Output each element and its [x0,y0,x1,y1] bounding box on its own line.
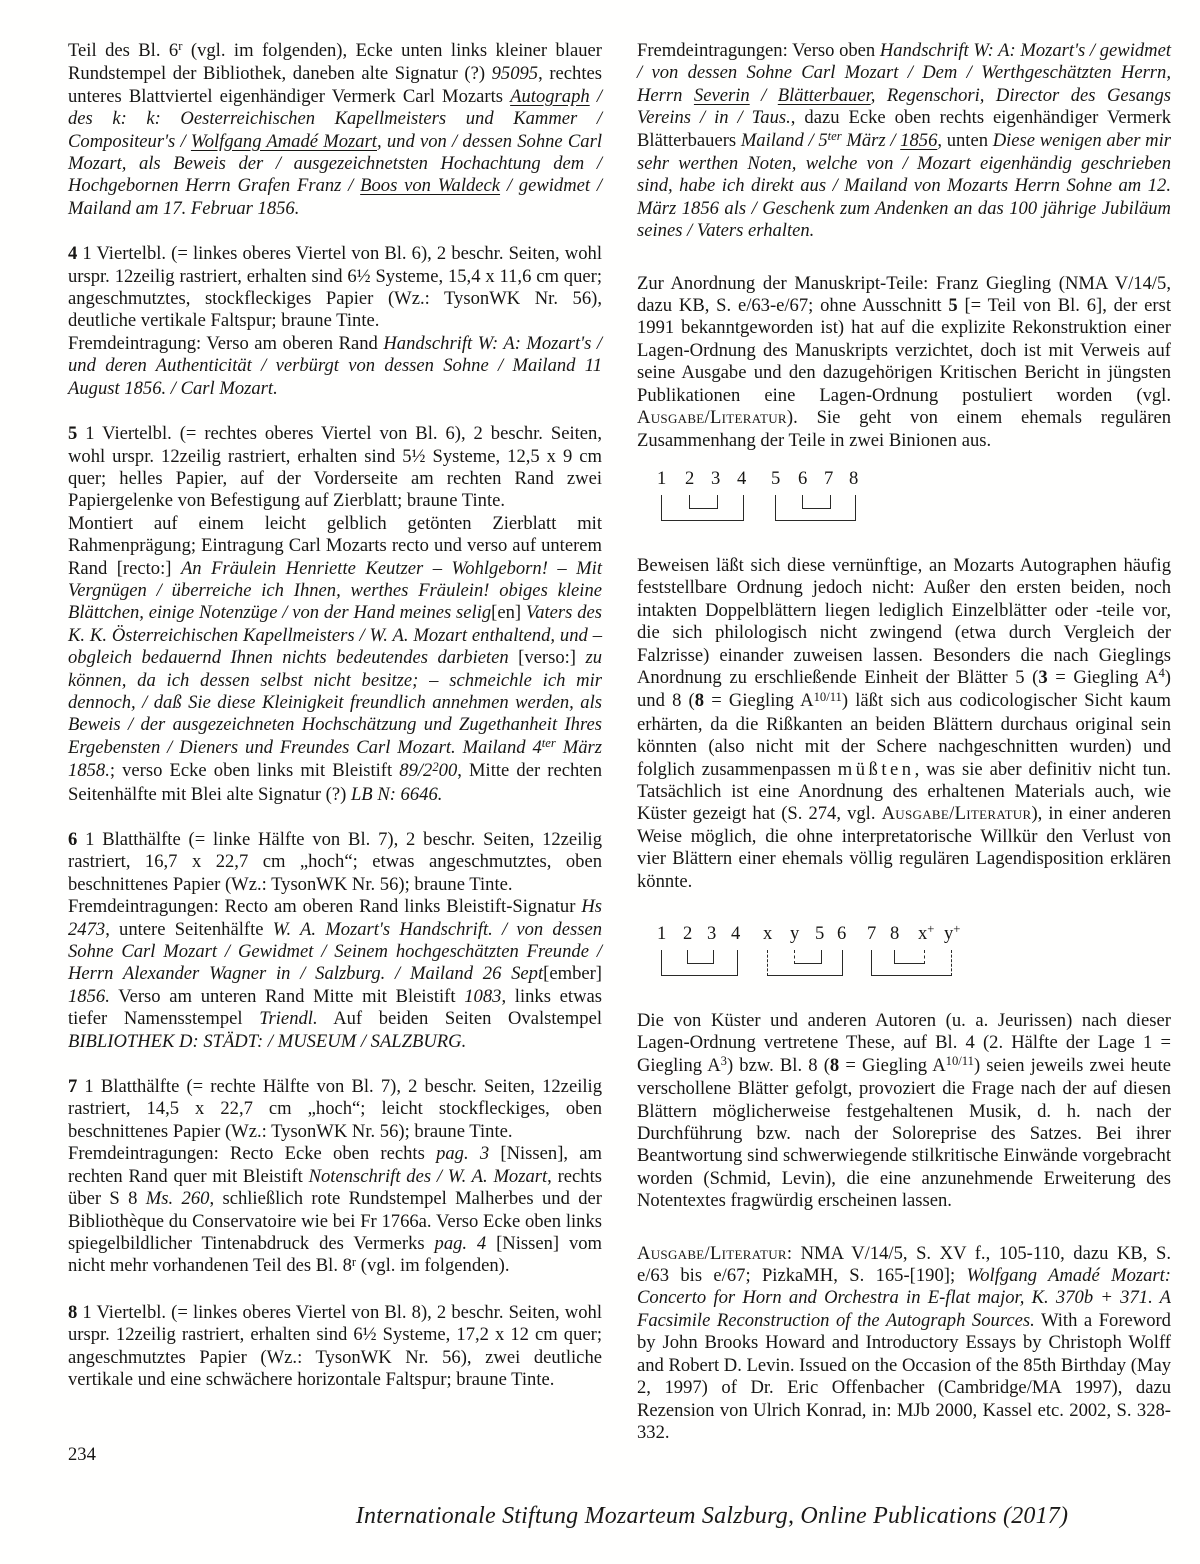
entry-4-description: 4 1 Viertelbl. (= linkes oberes Viertel … [68,243,602,333]
text-run: [ember] [543,963,602,984]
diagram-label: 8 [890,923,920,945]
bifolium-bracket-inner [802,495,831,509]
bifolium-bracket-inner [689,495,718,509]
diagram-label: 5 [771,468,801,490]
text-run: = Giegling A [839,1055,945,1076]
text-run: 2 [432,760,438,774]
entry-5-description: 5 1 Viertelbl. (= rechtes oberes Viertel… [68,423,602,513]
text-run: 8 [695,690,704,711]
entry-7-annotation: Fremdeintragungen: Recto Ecke oben recht… [68,1143,602,1278]
page-number: 234 [68,1444,96,1466]
text-run: ter [828,129,842,143]
text-run: , unten [937,130,992,151]
literature-paragraph: Ausgabe/Literatur: NMA V/14/5, S. XV f.,… [637,1243,1171,1445]
document-page: Teil des Bl. 6r (vgl. im folgenden), Eck… [0,0,1200,1564]
text-run: Auf beiden Seiten Ovalstempel [318,1008,607,1029]
text-run: 6 [68,829,77,850]
bifolium-bracket-inner [687,950,714,964]
text-run: 1 Blatthälfte (= rechte Hälfte von Bl. 7… [68,1076,607,1142]
entry-6-description: 6 1 Blatthälfte (= linke Hälfte von Bl. … [68,829,602,896]
text-run: 10/11 [814,690,842,704]
text-run: ) seien jeweils zwei heute verschollene … [637,1055,1176,1211]
gathering-diagram-2: 1 2 3 4 x y 5 6 7 8 x+ y+ [637,923,1171,987]
diagram-label: x [763,923,793,945]
text-run: / [750,85,778,106]
diagram-label: 8 [849,468,879,490]
text-run: Wolfgang Amadé Mozart [191,131,377,152]
text-run: Fremdeintragung: Verso am oberen Rand [68,333,383,354]
entry-7-description: 7 1 Blatthälfte (= rechte Hälfte von Bl.… [68,1076,602,1143]
text-run: 1 Viertelbl. (= linkes oberes Viertel vo… [68,1302,607,1390]
text-run: 00 [439,760,458,781]
text-run: Notenschrift des / W. A. Mozart [309,1166,548,1187]
text-run: pag. 4 [435,1233,487,1254]
arrangement-paragraph: Zur Anordnung der Manuskript-Teile: Fran… [637,273,1171,452]
diagram-label: y+ [944,923,974,945]
text-run: ) bzw. Bl. 8 ( [727,1055,830,1076]
text-run: 10/11 [946,1054,974,1068]
entry-6-annotation: Fremdeintragungen: Recto am oberen Rand … [68,896,602,1053]
text-run: Fremdeintragungen: Recto Ecke oben recht… [68,1143,436,1164]
kuester-thesis-paragraph: Die von Küster und anderen Autoren (u. a… [637,1010,1171,1213]
diagram-label: 4 [731,923,761,945]
text-run: Ausgabe/Literatur [882,803,1032,824]
text-run: Severin [694,85,750,106]
text-run: pag. 3 [436,1143,489,1164]
right-column: Fremdeintragungen: Verso oben Handschrif… [637,40,1171,1444]
text-run: ter [542,736,556,750]
bifolium-bracket-inner-hypothetical-right [894,950,925,964]
text-run: 1083 [464,986,501,1007]
argument-paragraph: Beweisen läßt sich diese vernünftige, an… [637,555,1171,893]
text-run: 4 [68,243,77,264]
text-run: [verso:] [518,647,576,668]
text-run: (vgl. im folgenden). [356,1255,509,1276]
text-run: 1 Viertelbl. (= rechtes oberes Viertel v… [68,423,607,511]
text-run: Boos von Waldeck [360,175,500,196]
text-run: ; verso Ecke oben links mit Bleistift [110,760,399,781]
text-run: 8 [68,1302,77,1323]
text-run: 3 [1038,667,1047,688]
text-run: = Giegling A [704,690,814,711]
text-run: müßten [838,759,915,780]
footer-credit: Internationale Stiftung Mozarteum Salzbu… [0,1503,1200,1530]
gathering-diagram-1: 1 2 3 4 5 6 7 8 [637,468,1171,532]
text-run: , untere Seitenhälfte [105,919,273,940]
text-run: 4 [1158,666,1164,680]
text-run: Blätterbauer [778,85,871,106]
text-run: Triendl. [259,1008,317,1029]
text-run: März / [842,130,900,151]
text-run: r [178,39,182,53]
text-run: Fremdeintragungen: Recto am oberen Rand … [68,896,581,917]
entry-8-description: 8 1 Viertelbl. (= linkes oberes Viertel … [68,1302,602,1392]
text-run: 5 [68,423,77,444]
diagram-label: 6 [837,923,867,945]
diagram-label: 4 [737,468,767,490]
text-run: Ms. 260 [146,1188,210,1209]
text-run: 1 Blatthälfte (= linke Hälfte von Bl. 7)… [68,829,607,895]
text-run: Verso am unteren Rand Mitte mit Bleistif… [110,986,464,1007]
text-run: = Giegling A [1048,667,1159,688]
text-run: BIBLIOTHEK D: STÄDT: / MUSEUM / SALZBURG… [68,1031,466,1052]
text-run: Mailand / 5 [741,130,828,151]
text-run: Ausgabe/Literatur [637,1243,787,1264]
intro-paragraph: Teil des Bl. 6r (vgl. im folgenden), Eck… [68,40,602,220]
text-run: / [590,86,607,107]
text-run: 89/2 [399,760,432,781]
diagram-label: 1 [657,468,687,490]
text-run: 1 Viertelbl. (= linkes oberes Viertel vo… [68,243,607,331]
text-run: Autograph [510,86,590,107]
text-run: 1856 [900,130,937,151]
text-run: Fremdeintragungen: Verso oben [637,40,880,61]
text-run: r [352,1255,356,1269]
text-run: 8 [830,1055,839,1076]
text-run: 95095 [492,63,538,84]
bifolium-bracket-inner-hypothetical-left [794,950,822,964]
text-run: LB N: 6646. [351,784,442,805]
entry-5-mounting-note: Montiert auf einem leicht gelblich getön… [68,513,602,806]
text-run: [en] [491,602,521,623]
text-run: Teil des Bl. 6 [68,40,178,61]
text-run: 3 [721,1054,727,1068]
text-run: 5 [948,295,957,316]
entry-8-annotation: Fremdeintragungen: Verso oben Handschrif… [637,40,1171,243]
entry-4-annotation: Fremdeintragung: Verso am oberen Rand Ha… [68,333,602,400]
text-run: 7 [68,1076,77,1097]
text-run: Ausgabe/Literatur [637,407,787,428]
left-column: Teil des Bl. 6r (vgl. im folgenden), Eck… [68,40,602,1391]
